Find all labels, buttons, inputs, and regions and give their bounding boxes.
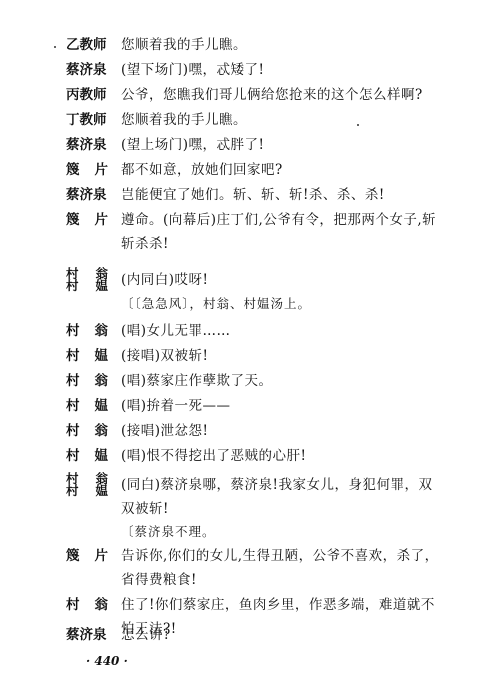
speaker-char: 村 (66, 485, 79, 497)
dialogue-line: 篾 片 都不如意，放她们回家吧? (66, 159, 466, 181)
speaker-char: 村 (66, 280, 79, 292)
speaker-char: 翁 (95, 420, 109, 442)
speech-text: (接唱)双被斩! (121, 345, 208, 367)
speaker-row: 村 媪 (66, 280, 108, 292)
dialogue-line: 村 媪 (唱)恨不得挖出了恶贼的心肝! (66, 445, 466, 467)
speaker-name: 篾 片 (66, 159, 108, 181)
speaker-char: 村 (66, 345, 80, 367)
stage-direction: 〔〔急急风〕，村翁、村媪汤上。 (121, 293, 311, 315)
speaker-char: 翁 (95, 594, 109, 616)
speaker-char: 篾 (66, 209, 80, 231)
speech-text: (内同白)哎呀! (121, 269, 208, 291)
speaker-char: 篾 (66, 159, 80, 181)
speaker-char: 媪 (95, 280, 108, 292)
dialogue-line: 蔡济泉 怎么讲? (66, 624, 466, 646)
scan-speck (54, 46, 56, 48)
dialogue-line: 蔡济泉 (望上场门)嘿，忒胖了! (66, 134, 466, 156)
scan-speck (357, 124, 359, 126)
speaker-name: 蔡济泉 (66, 184, 121, 206)
speaker-name: 村 媪 (66, 395, 108, 417)
dialogue-line: 村 翁 村 媪 (内同白)哎呀! (66, 266, 466, 294)
dialogue-line: 村 翁 (接唱)泄忿怨! (66, 420, 466, 442)
dialogue-line: 村 媪 (接唱)双被斩! (66, 345, 466, 367)
speech-text: 怎么讲? (121, 624, 171, 646)
speaker-name: 篾 片 (66, 209, 108, 231)
speech-text: (唱)女儿无罪…… (121, 320, 231, 342)
speaker-char: 片 (95, 545, 109, 567)
speech-text: (同白)蔡济泉哪，蔡济泉!我家女儿，身犯何罪，双 (121, 474, 432, 496)
page-number: · 440 · (86, 654, 128, 668)
speech-continuation: 双被斩! (121, 498, 169, 520)
dialogue-line: 丙教师 公爷，您瞧我们哥儿俩给您抢来的这个怎么样啊? (66, 84, 466, 106)
speaker-char: 媪 (95, 345, 109, 367)
speaker-name-dual: 村 翁 村 媪 (66, 473, 108, 497)
dialogue-line: 村 翁 (唱)女儿无罪…… (66, 320, 466, 342)
speech-text: (唱)恨不得挖出了恶贼的心肝! (121, 445, 306, 467)
dialogue-line: 蔡济泉 (望下场门)嘿，忒矮了! (66, 59, 466, 81)
speaker-char: 村 (66, 445, 80, 467)
speech-text: 岂能便宜了她们。斩、斩、斩!杀、杀、杀! (121, 184, 385, 206)
dialogue-line: 丁教师 您顺着我的手儿瞧。 (66, 109, 466, 131)
speaker-char: 篾 (66, 545, 80, 567)
speech-text: (接唱)泄忿怨! (121, 420, 208, 442)
speaker-char: 片 (95, 159, 109, 181)
speaker-row: 村 媪 (66, 485, 108, 497)
speaker-char: 村 (66, 594, 80, 616)
speaker-name: 丁教师 (66, 109, 121, 131)
speech-text: (望下场门)嘿，忒矮了! (121, 59, 264, 81)
book-page: 乙教师 您顺着我的手儿瞧。 蔡济泉 (望下场门)嘿，忒矮了! 丙教师 公爷，您瞧… (0, 0, 480, 690)
speech-text: (唱)拚着一死—— (121, 395, 231, 417)
dialogue-line: 篾 片 告诉你,你们的女儿,生得丑陋，公爷不喜欢，杀了， (66, 545, 466, 567)
speaker-name: 蔡济泉 (66, 59, 121, 81)
speaker-char: 村 (66, 370, 80, 392)
speaker-char: 村 (66, 395, 80, 417)
speaker-char: 媪 (95, 395, 109, 417)
speech-text: 住了!你们蔡家庄，鱼肉乡里，作恶多端，难道就不 (121, 594, 435, 616)
speaker-name: 蔡济泉 (66, 624, 121, 646)
speech-continuation: 斩杀杀! (121, 233, 169, 255)
speech-text: 告诉你,你们的女儿,生得丑陋，公爷不喜欢，杀了， (121, 545, 439, 567)
scan-speck (412, 606, 414, 608)
speech-text: (唱)蔡家庄作孽欺了天。 (121, 370, 273, 392)
speech-text: 遵命。(向幕后)庄丁们,公爷有令，把那两个女子,斩 (121, 209, 436, 231)
speaker-name: 丙教师 (66, 84, 121, 106)
speaker-char: 翁 (95, 370, 109, 392)
speaker-name-dual: 村 翁 村 媪 (66, 268, 108, 292)
stage-direction: 〔蔡济泉不理。 (121, 521, 216, 543)
speech-text: 公爷，您瞧我们哥儿俩给您抢来的这个怎么样啊? (121, 84, 423, 106)
dialogue-line: 村 翁 村 媪 (同白)蔡济泉哪，蔡济泉!我家女儿，身犯何罪，双 (66, 471, 466, 499)
speech-text: 您顺着我的手儿瞧。 (121, 109, 247, 131)
speaker-char: 片 (95, 209, 109, 231)
speaker-name: 乙教师 (66, 34, 121, 56)
speaker-name: 村 媪 (66, 445, 108, 467)
speaker-char: 村 (66, 320, 80, 342)
dialogue-line: 乙教师 您顺着我的手儿瞧。 (66, 34, 466, 56)
dialogue-line: 村 翁 (唱)蔡家庄作孽欺了天。 (66, 370, 466, 392)
speaker-char: 媪 (95, 445, 109, 467)
speech-text: 您顺着我的手儿瞧。 (121, 34, 247, 56)
speaker-name: 村 翁 (66, 370, 108, 392)
speaker-char: 村 (66, 420, 80, 442)
dialogue-line: 村 翁 住了!你们蔡家庄，鱼肉乡里，作恶多端，难道就不 (66, 594, 466, 616)
speaker-name: 村 翁 (66, 594, 108, 616)
scan-speck (333, 600, 335, 602)
speaker-name: 村 翁 (66, 420, 108, 442)
speaker-char: 翁 (95, 320, 109, 342)
speaker-name: 蔡济泉 (66, 134, 121, 156)
speaker-name: 村 媪 (66, 345, 108, 367)
speech-text: 都不如意，放她们回家吧? (121, 159, 283, 181)
speaker-char: 媪 (95, 485, 108, 497)
dialogue-line: 蔡济泉 岂能便宜了她们。斩、斩、斩!杀、杀、杀! (66, 184, 466, 206)
dialogue-line: 村 媪 (唱)拚着一死—— (66, 395, 466, 417)
speech-text: (望上场门)嘿，忒胖了! (121, 134, 264, 156)
dialogue-line: 篾 片 遵命。(向幕后)庄丁们,公爷有令，把那两个女子,斩 (66, 209, 466, 231)
speaker-name: 村 翁 (66, 320, 108, 342)
speech-continuation: 省得费粮食! (121, 569, 197, 591)
speaker-name: 篾 片 (66, 545, 108, 567)
